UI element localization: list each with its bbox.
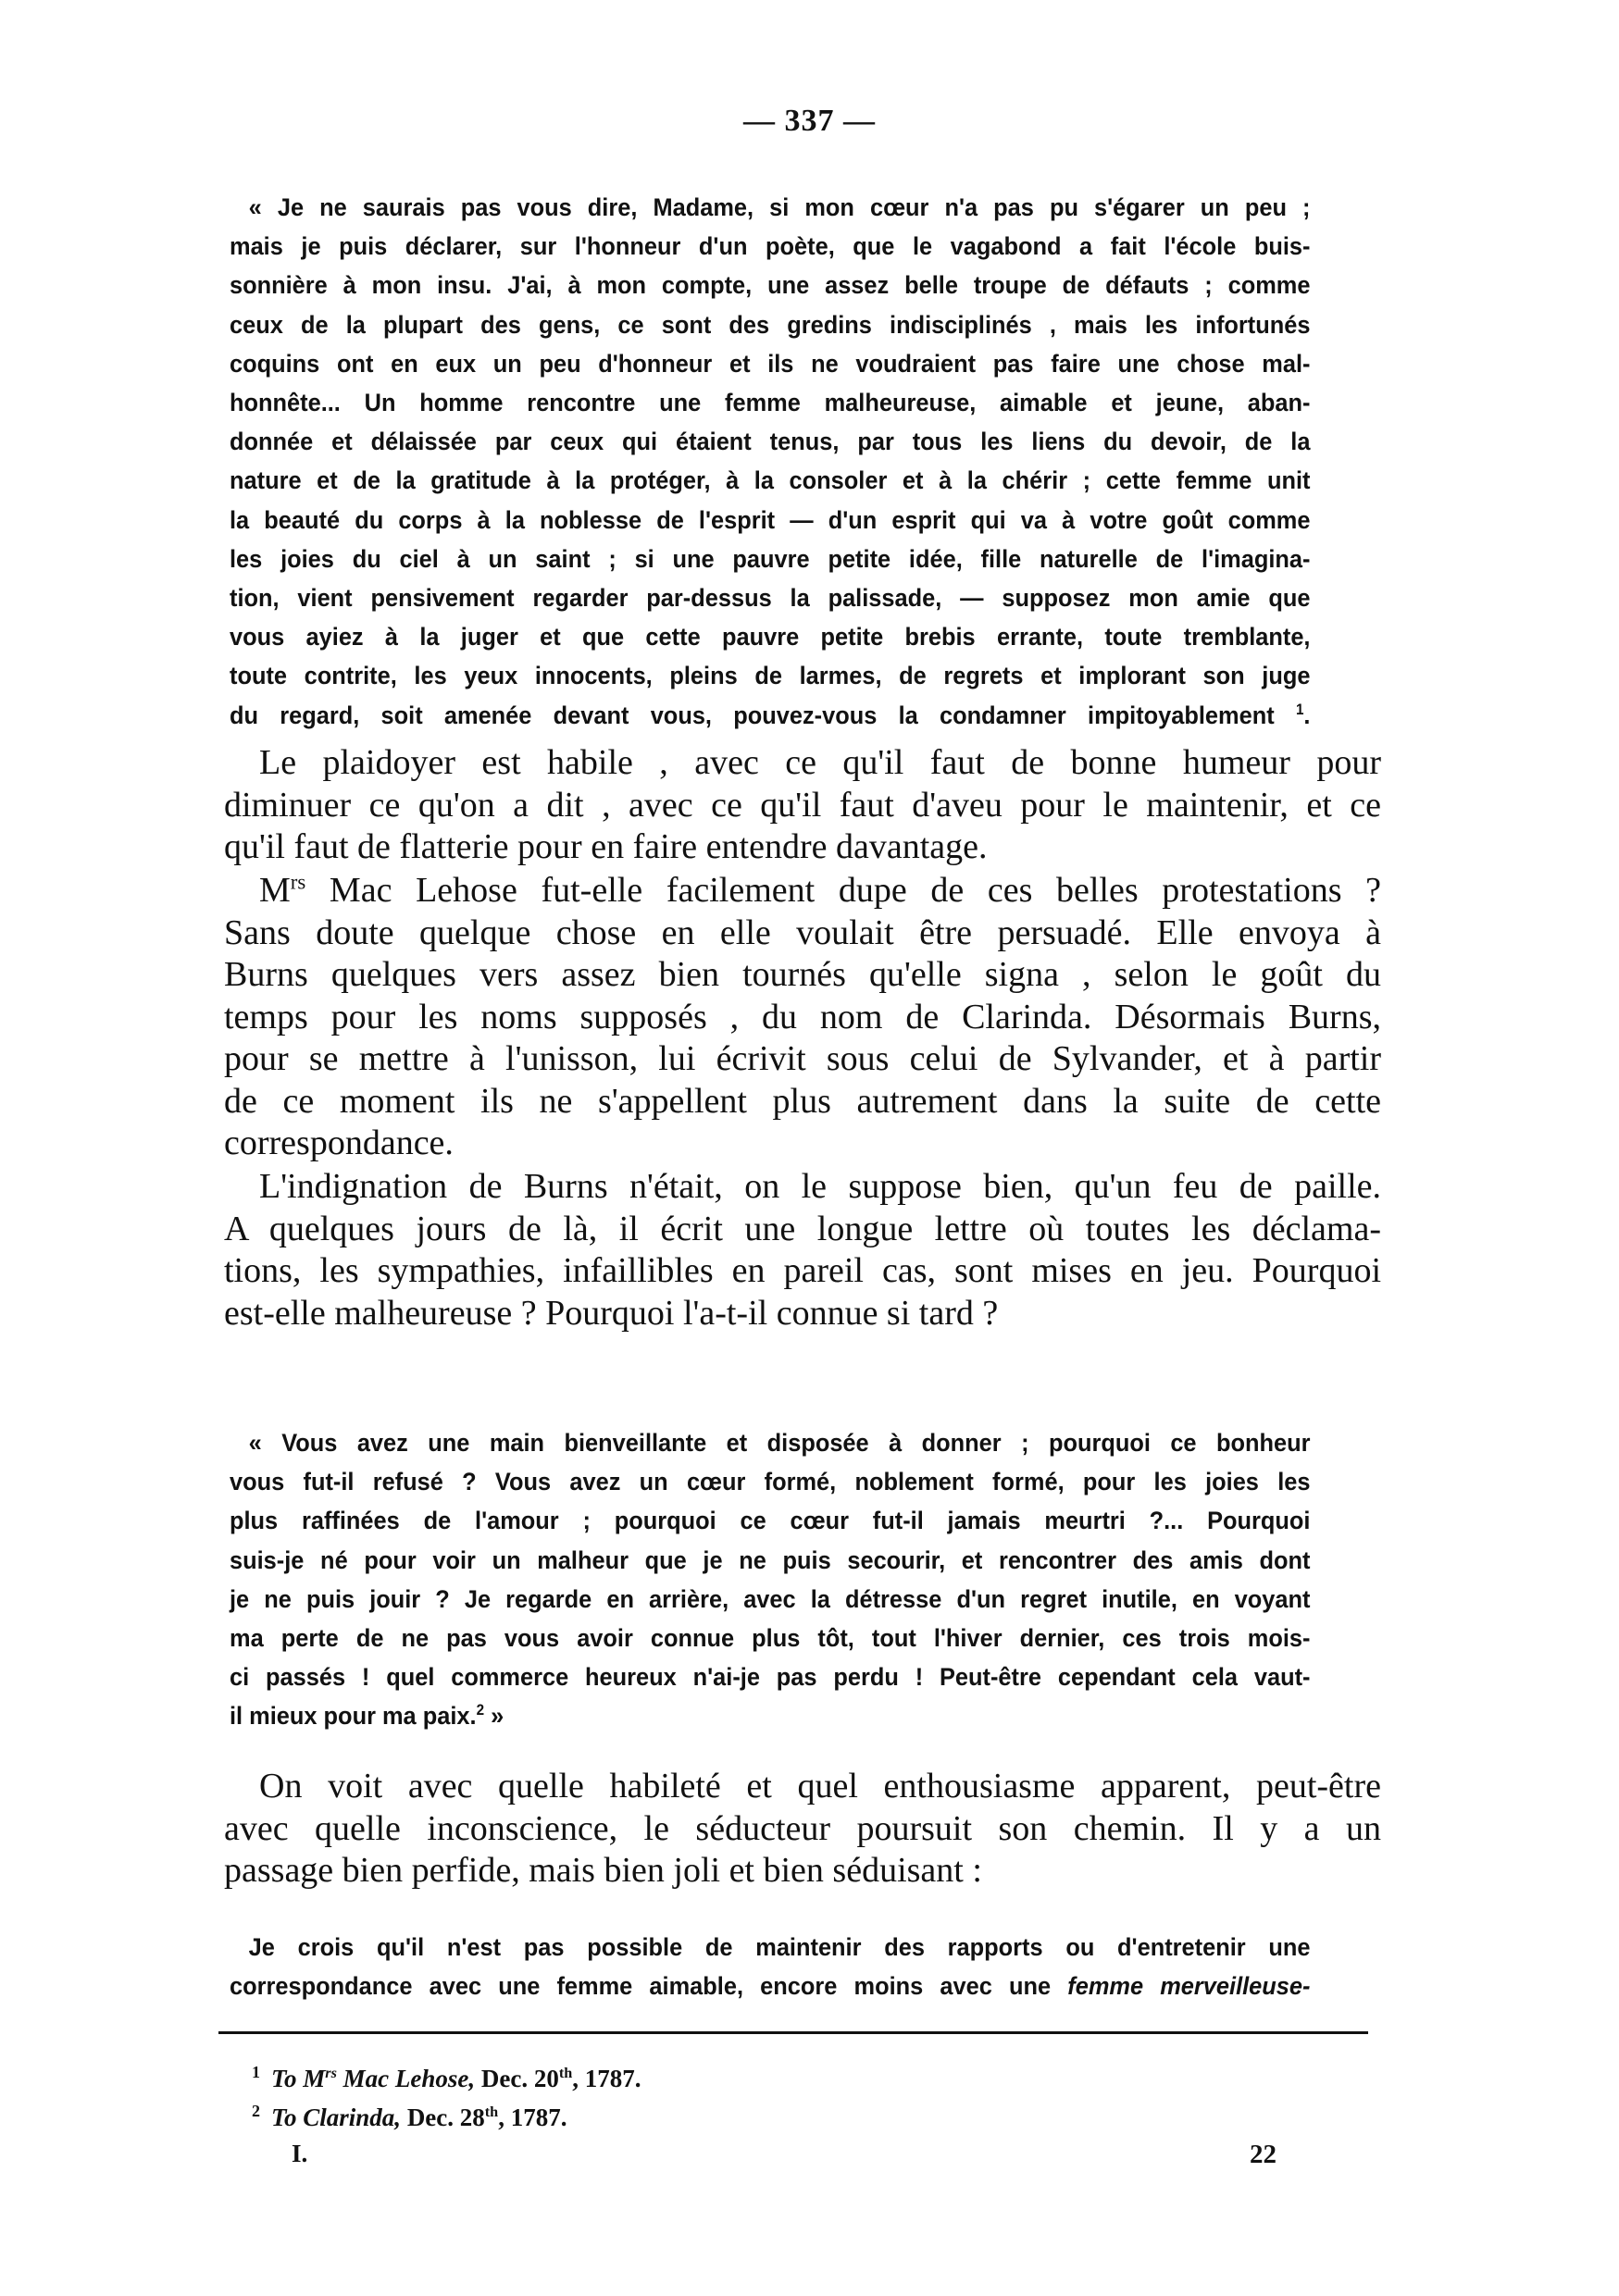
text-line: L'indignation de Burns n'était, on le su… — [224, 1166, 1381, 1209]
page-number: — 337 — — [0, 104, 1619, 139]
text-line: diminuer ce qu'on a dit , avec ce qu'il … — [224, 785, 1381, 827]
footnote-italic-sup: rs — [325, 2065, 337, 2081]
quote-line: suis-je né pour voir un malheur que je n… — [230, 1541, 1310, 1580]
quote-line: vous fut-il refusé ? Vous avez un cœur f… — [230, 1462, 1310, 1501]
footnotes: 1To Mrs Mac Lehose, Dec. 20th, 1787. 2To… — [252, 2059, 641, 2137]
quote-line: vous ayiez à la juger et que cette pauvr… — [230, 617, 1310, 656]
footnote-italic: To Clarinda, — [271, 2104, 401, 2131]
title-sup: rs — [291, 870, 305, 893]
quote-line: « Je ne saurais pas vous dire, Madame, s… — [230, 188, 1310, 227]
text-line: temps pour les noms supposés , du nom de… — [224, 997, 1381, 1039]
footnote-tail: , 1787. — [498, 2104, 567, 2131]
title-abbrev: M — [259, 871, 291, 910]
quote-line: ci passés ! quel commerce heureux n'ai-j… — [230, 1657, 1310, 1696]
text-line: Sans doute quelque chose en elle voulait… — [224, 912, 1381, 955]
quote-line: la beauté du corps à la noblesse de l'es… — [230, 501, 1310, 540]
signature-mark: I. — [292, 2140, 307, 2168]
book-page: — 337 — « Je ne saurais pas vous dire, M… — [0, 0, 1619, 2296]
quote-line: Je crois qu'il n'est pas possible de mai… — [230, 1928, 1310, 1967]
footnote-text: Dec. 28 — [401, 2104, 485, 2131]
quote-line: tion, vient pensivement regarder par-des… — [230, 578, 1310, 617]
text-line: A quelques jours de là, il écrit une lon… — [224, 1209, 1381, 1251]
text-line: On voit avec quelle habileté et quel ent… — [224, 1766, 1381, 1808]
text-line-content: Mac Lehose fut-elle facilement dupe de c… — [305, 871, 1381, 910]
text-line: correspondance. — [224, 1123, 1381, 1165]
quote-line: correspondance avec une femme aimable, e… — [230, 1967, 1310, 2005]
quote-line: ma perte de ne pas vous avoir connue plu… — [230, 1619, 1310, 1657]
footnote-tail: , 1787. — [572, 2065, 641, 2092]
text-line: est-elle malheureuse ? Pourquoi l'a-t-il… — [224, 1293, 1381, 1335]
quote-line-text: correspondance avec une femme aimable, e… — [230, 1972, 1067, 2000]
quote-line-text: du regard, soit amenée devant vous, pouv… — [230, 701, 1275, 729]
paragraph-4: On voit avec quelle habileté et quel ent… — [224, 1766, 1381, 1893]
text-line: Le plaidoyer est habile , avec ce qu'il … — [224, 742, 1381, 785]
text-line: avec quelle inconscience, le séducteur p… — [224, 1808, 1381, 1851]
quote-line: je ne puis jouir ? Je regarde en arrière… — [230, 1580, 1310, 1619]
footnote-1: 1To Mrs Mac Lehose, Dec. 20th, 1787. — [252, 2059, 641, 2098]
quote-block-1: « Je ne saurais pas vous dire, Madame, s… — [230, 188, 1310, 735]
text-line: Mrs Mac Lehose fut-elle facilement dupe … — [224, 870, 1381, 912]
text-line: pour se mettre à l'unisson, lui écrivit … — [224, 1038, 1381, 1081]
footnote-ref-2[interactable]: 2 — [477, 1702, 484, 1719]
text-line: de ce moment ils ne s'appellent plus aut… — [224, 1081, 1381, 1123]
quote-end: . — [1303, 701, 1310, 729]
quote-line: honnête... Un homme rencontre une femme … — [230, 383, 1310, 422]
text-line: tions, les sympathies, infaillibles en p… — [224, 1250, 1381, 1293]
footnote-italic-rest: Mac Lehose, — [337, 2065, 475, 2092]
footnote-sup: th — [485, 2104, 498, 2120]
quote-end: » — [484, 1702, 504, 1730]
footnote-text: Dec. 20 — [475, 2065, 559, 2092]
quote-line: mais je puis déclarer, sur l'honneur d'u… — [230, 227, 1310, 266]
quote-line: coquins ont en eux un peu d'honneur et i… — [230, 344, 1310, 383]
paragraph-1: Le plaidoyer est habile , avec ce qu'il … — [224, 742, 1381, 869]
quote-line-last: il mieux pour ma paix.2 » — [230, 1696, 1310, 1735]
footnote-2: 2To Clarinda, Dec. 28th, 1787. — [252, 2098, 641, 2137]
footnote-mark: 1 — [252, 2063, 260, 2081]
quote-block-3: Je crois qu'il n'est pas possible de mai… — [230, 1928, 1310, 2005]
quote-line-last: du regard, soit amenée devant vous, pouv… — [230, 696, 1310, 735]
quote-line: « Vous avez une main bienveillante et di… — [230, 1423, 1310, 1462]
paragraph-3: L'indignation de Burns n'était, on le su… — [224, 1166, 1381, 1334]
text-line: qu'il faut de flatterie pour en faire en… — [224, 826, 1381, 869]
quote-line: nature et de la gratitude à la protéger,… — [230, 461, 1310, 500]
quote-line: plus raffinées de l'amour ; pourquoi ce … — [230, 1501, 1310, 1540]
quote-line: toute contrite, les yeux innocents, plei… — [230, 656, 1310, 695]
text-line: Burns quelques vers assez bien tournés q… — [224, 954, 1381, 997]
footnote-italic: To M — [271, 2065, 325, 2092]
footnote-sup: th — [559, 2065, 572, 2081]
footnote-divider — [218, 2031, 1368, 2034]
paragraph-2: Mrs Mac Lehose fut-elle facilement dupe … — [224, 870, 1381, 1165]
quote-line: les joies du ciel à un saint ; si une pa… — [230, 540, 1310, 578]
quote-line-text: il mieux pour ma paix. — [230, 1702, 477, 1730]
quote-line: ceux de la plupart des gens, ce sont des… — [230, 305, 1310, 344]
quote-line: sonnière à mon insu. J'ai, à mon compte,… — [230, 266, 1310, 304]
quote-line: donnée et délaissée par ceux qui étaient… — [230, 422, 1310, 461]
sheet-number: 22 — [1250, 2140, 1277, 2170]
text-line: passage bien perfide, mais bien joli et … — [224, 1850, 1381, 1893]
italic-text: femme merveilleuse- — [1067, 1972, 1310, 2000]
quote-block-2: « Vous avez une main bienveillante et di… — [230, 1423, 1310, 1736]
footnote-mark: 2 — [252, 2102, 260, 2120]
